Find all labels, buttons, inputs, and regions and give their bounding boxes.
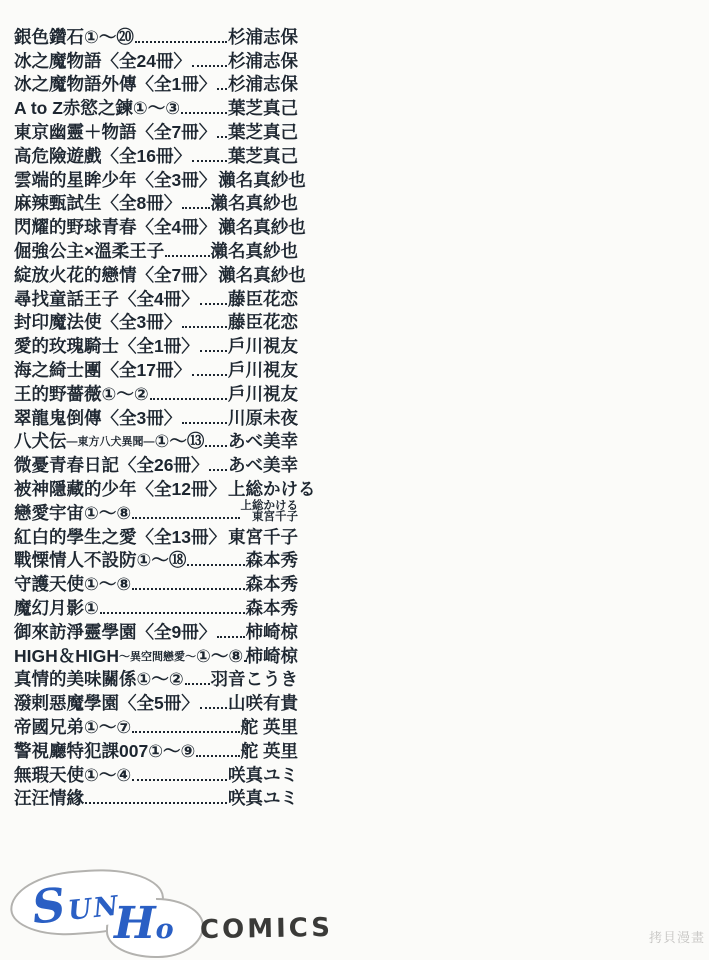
book-row: 尋找童話王子〈全4冊〉 藤臣花恋 (14, 286, 298, 310)
book-volume-range: ①～⑬ (155, 430, 205, 452)
book-row: 被神隱藏的少年〈全12冊〉 上総かける (14, 476, 298, 500)
sunho-logo: Sun Ho COMICS (8, 866, 348, 960)
dot-leader (217, 88, 227, 90)
book-title: 高危險遊戲〈全16冊〉 (14, 145, 191, 167)
book-title: 冰之魔物語〈全24冊〉 (14, 50, 191, 72)
book-author: 森本秀 (246, 549, 299, 571)
book-author: 咲真ユミ (228, 787, 298, 809)
book-author: 羽音こうき (211, 668, 299, 690)
dot-leader (182, 326, 227, 328)
dot-leader (192, 160, 227, 162)
dot-leader (132, 731, 239, 733)
book-author: 瀨名真紗也 (218, 169, 306, 191)
book-author: 山咲有貴 (228, 692, 298, 714)
dot-leader (150, 398, 227, 400)
book-title: HIGH＆HIGH (14, 645, 119, 667)
scanned-page: 銀色鑽石①～⑳ 杉浦志保 冰之魔物語〈全24冊〉 杉浦志保 冰之魔物語外傳〈全1… (0, 0, 709, 960)
dot-leader (196, 755, 239, 757)
book-title: 警視廳特犯課007①～⑨ (14, 740, 195, 762)
book-row: 海之綺士團〈全17冊〉 戶川視友 (14, 357, 298, 381)
book-row: 八犬伝 —東方八犬異聞— ①～⑬ あべ美幸 (14, 429, 298, 453)
book-row: HIGH＆HIGH ～異空間戀愛～ ①～⑧ 柿崎椋 (14, 643, 298, 667)
book-title: 汪汪情緣 (14, 787, 84, 809)
book-row: 戀愛宇宙①～⑧ 上総かける東宮千子 (14, 500, 298, 524)
dot-leader (132, 588, 244, 590)
book-title: 翠龍鬼倒傳〈全3冊〉 (14, 407, 181, 429)
book-title: 東京幽靈＋物語〈全7冊〉 (14, 121, 216, 143)
book-author: 葉芝真己 (228, 121, 298, 143)
book-row: 冰之魔物語外傳〈全1冊〉 杉浦志保 (14, 72, 298, 96)
book-title: 綻放火花的戀情〈全7冊〉 (14, 264, 216, 286)
book-author: 上総かける (228, 478, 316, 500)
book-title: 冰之魔物語外傳〈全1冊〉 (14, 73, 216, 95)
book-title: 麻辣甄試生〈全8冊〉 (14, 192, 181, 214)
book-row: 王的野薔薇①～② 戶川視友 (14, 381, 298, 405)
book-row: 魔幻月影① 森本秀 (14, 595, 298, 619)
book-author: 川原未夜 (228, 407, 298, 429)
book-row: 微憂青春日記〈全26冊〉 あべ美幸 (14, 452, 298, 476)
book-row: A to Z赤慾之鍊①～③ 葉芝真己 (14, 95, 298, 119)
book-author: 戶川視友 (228, 383, 298, 405)
book-title: 銀色鑽石①～⑳ (14, 26, 134, 48)
dot-leader (192, 374, 227, 376)
dot-leader (185, 683, 210, 685)
dot-leader (205, 445, 227, 447)
book-title: 紅白的學生之愛〈全13冊〉 (14, 526, 226, 548)
book-title: A to Z赤慾之鍊①～③ (14, 97, 180, 119)
book-row: 無瑕天使①～④ 咲真ユミ (14, 762, 298, 786)
book-title: 御來訪淨靈學園〈全9冊〉 (14, 621, 216, 643)
book-author: 東宮千子 (228, 526, 298, 548)
book-author: 戶川視友 (228, 335, 298, 357)
book-row: 警視廳特犯課007①～⑨ 舵 英里 (14, 738, 298, 762)
book-title: 倔強公主×溫柔王子 (14, 240, 164, 262)
book-row: 倔強公主×溫柔王子 瀨名真紗也 (14, 238, 298, 262)
book-title: 戀愛宇宙①～⑧ (14, 502, 131, 524)
book-row: 真情的美味關係①～② 羽音こうき (14, 667, 298, 691)
book-author: 瀨名真紗也 (211, 192, 299, 214)
book-row: 翠龍鬼倒傳〈全3冊〉 川原未夜 (14, 405, 298, 429)
book-row: 戰慄情人不設防①～⑱ 森本秀 (14, 548, 298, 572)
book-row: 紅白的學生之愛〈全13冊〉 東宮千子 (14, 524, 298, 548)
book-author: あべ美幸 (228, 430, 298, 452)
book-row: 守護天使①～⑧ 森本秀 (14, 571, 298, 595)
dot-leader (135, 41, 227, 43)
book-row: 麻辣甄試生〈全8冊〉 瀨名真紗也 (14, 191, 298, 215)
book-author: 杉浦志保 (228, 73, 298, 95)
book-author-name: 東宮千子 (241, 512, 299, 524)
book-title: 無瑕天使①～④ (14, 764, 131, 786)
book-title: 微憂青春日記〈全26冊〉 (14, 454, 208, 476)
dot-leader (100, 612, 245, 614)
book-author: 瀨名真紗也 (211, 240, 299, 262)
dot-leader (200, 350, 227, 352)
book-volume-range: ①～⑧ (196, 645, 243, 667)
book-row: 潑剌惡魔學園〈全5冊〉 山咲有貴 (14, 690, 298, 714)
book-author: 藤臣花恋 (228, 311, 298, 333)
book-author: 柿崎椋 (246, 621, 299, 643)
book-author: 瀨名真紗也 (218, 216, 306, 238)
book-author: 森本秀 (246, 597, 299, 619)
book-author: 上総かける東宮千子 (241, 501, 299, 524)
book-author: 杉浦志保 (228, 50, 298, 72)
book-title: 封印魔法使〈全3冊〉 (14, 311, 181, 333)
book-title: 王的野薔薇①～② (14, 383, 149, 405)
dot-leader (182, 207, 209, 209)
book-row: 御來訪淨靈學園〈全9冊〉 柿崎椋 (14, 619, 298, 643)
book-subtitle: ～異空間戀愛～ (119, 652, 196, 667)
book-title: 被神隱藏的少年〈全12冊〉 (14, 478, 226, 500)
book-author: 森本秀 (246, 573, 299, 595)
dot-leader (192, 65, 227, 67)
book-title: 帝國兄弟①～⑦ (14, 716, 131, 738)
book-author: 瀨名真紗也 (218, 264, 306, 286)
dot-leader (132, 517, 239, 519)
book-row: 銀色鑽石①～⑳ 杉浦志保 (14, 24, 298, 48)
book-row: 東京幽靈＋物語〈全7冊〉 葉芝真己 (14, 119, 298, 143)
book-title: 守護天使①～⑧ (14, 573, 131, 595)
book-title: 海之綺士團〈全17冊〉 (14, 359, 191, 381)
book-title: 八犬伝 (14, 430, 67, 452)
book-author: 葉芝真己 (228, 145, 298, 167)
book-row: 冰之魔物語〈全24冊〉 杉浦志保 (14, 48, 298, 72)
book-title: 閃耀的野球青春〈全4冊〉 (14, 216, 216, 238)
book-author: 舵 英里 (241, 716, 298, 738)
dot-leader (209, 469, 227, 471)
book-title: 雲端的星眸少年〈全3冊〉 (14, 169, 216, 191)
book-row: 閃耀的野球青春〈全4冊〉 瀨名真紗也 (14, 214, 298, 238)
book-author: 杉浦志保 (228, 26, 298, 48)
watermark: 拷貝漫畫 (649, 927, 705, 946)
book-title: 愛的玫瑰騎士〈全1冊〉 (14, 335, 199, 357)
dot-leader (181, 112, 227, 114)
book-row: 雲端的星眸少年〈全3冊〉 瀨名真紗也 (14, 167, 298, 191)
book-row: 帝國兄弟①～⑦ 舵 英里 (14, 714, 298, 738)
book-author: 舵 英里 (241, 740, 298, 762)
book-list: 銀色鑽石①～⑳ 杉浦志保 冰之魔物語〈全24冊〉 杉浦志保 冰之魔物語外傳〈全1… (14, 24, 298, 809)
dot-leader (200, 303, 227, 305)
dot-leader (165, 255, 209, 257)
logo-word-sun: Sun (29, 872, 122, 935)
dot-leader (132, 779, 227, 781)
book-title: 戰慄情人不設防①～⑱ (14, 549, 186, 571)
book-author: あべ美幸 (228, 454, 298, 476)
book-author: 戶川視友 (228, 359, 298, 381)
dot-leader (85, 802, 227, 804)
book-row: 汪汪情緣 咲真ユミ (14, 786, 298, 810)
book-row: 高危險遊戲〈全16冊〉 葉芝真己 (14, 143, 298, 167)
dot-leader (182, 422, 227, 424)
book-title: 真情的美味關係①～② (14, 668, 184, 690)
book-author: 柿崎椋 (246, 645, 299, 667)
dot-leader (187, 564, 244, 566)
book-title: 潑剌惡魔學園〈全5冊〉 (14, 692, 199, 714)
book-author: 葉芝真己 (228, 97, 298, 119)
book-author: 咲真ユミ (228, 764, 298, 786)
book-subtitle: —東方八犬異聞— (67, 437, 155, 452)
book-row: 愛的玫瑰騎士〈全1冊〉 戶川視友 (14, 333, 298, 357)
book-row: 封印魔法使〈全3冊〉 藤臣花恋 (14, 310, 298, 334)
logo-word-ho: Ho (114, 898, 174, 949)
dot-leader (217, 136, 227, 138)
book-title: 尋找童話王子〈全4冊〉 (14, 288, 199, 310)
dot-leader (217, 636, 244, 638)
dot-leader (200, 707, 227, 709)
logo-word-comics: COMICS (200, 913, 334, 945)
book-author: 藤臣花恋 (228, 288, 298, 310)
book-row: 綻放火花的戀情〈全7冊〉 瀨名真紗也 (14, 262, 298, 286)
book-title: 魔幻月影① (14, 597, 99, 619)
